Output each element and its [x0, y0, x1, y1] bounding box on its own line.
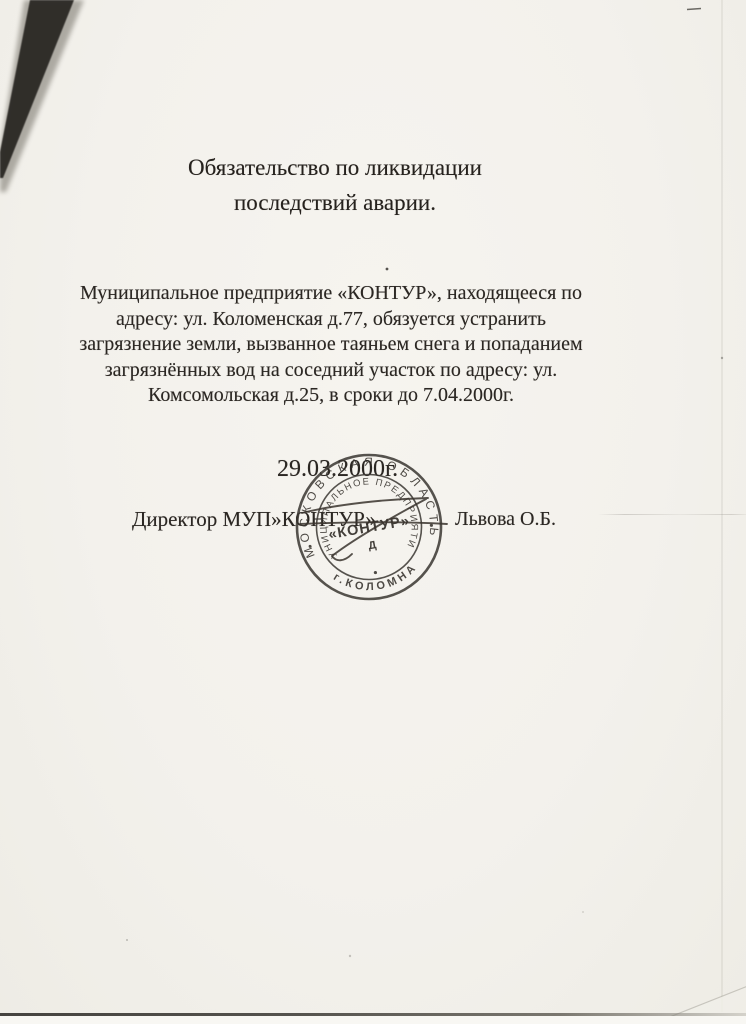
paper-speck — [126, 939, 128, 941]
scanner-edge-line — [0, 1013, 746, 1016]
stamp-separator-dot — [308, 545, 311, 548]
signature-stroke — [332, 554, 352, 560]
body-line: загрязнение земли, вызванное таяньем сне… — [31, 332, 631, 358]
body-line: загрязнённых вод на соседний участок по … — [31, 358, 631, 384]
signature-name-label: Львова О.Б. — [455, 508, 556, 531]
paper-speck — [349, 955, 351, 957]
body-line: Комсомольская д.25, в сроки до 7.04.2000… — [31, 383, 631, 409]
scanner-bottom-strip — [0, 1016, 746, 1024]
title-line-1: Обязательство по ликвидации — [0, 150, 670, 185]
stamp-separator-dot — [374, 571, 378, 575]
title-line-2: последствий аварии. — [0, 185, 670, 220]
signature-role-label: Директор МУП»КОНТУР» — [132, 507, 376, 532]
body-line: Муниципальное предприятие «КОНТУР», нахо… — [31, 281, 631, 307]
document-title: Обязательство по ликвидации последствий … — [0, 150, 670, 220]
body-line: адресу: ул. Коломенская д.77, обязуется … — [31, 307, 631, 333]
horizontal-fold-crease — [598, 514, 746, 515]
stamp-center-subtext: Д — [367, 539, 377, 552]
svg-text:г.КОЛОМНА: г.КОЛОМНА — [330, 560, 423, 599]
scanned-document-page: Обязательство по ликвидации последствий … — [0, 0, 746, 1024]
stamp-separator-dot — [430, 523, 434, 527]
document-date: 29.03.2000г. — [277, 456, 398, 483]
paper-speck — [582, 911, 584, 913]
pen-dash-mark — [687, 9, 701, 10]
document-body: Муниципальное предприятие «КОНТУР», нахо… — [31, 281, 631, 409]
ink-dot — [386, 268, 389, 271]
stamp-outer-bottom-text: г.КОЛОМНА — [330, 560, 423, 599]
paper-edge-line — [721, 0, 723, 1012]
